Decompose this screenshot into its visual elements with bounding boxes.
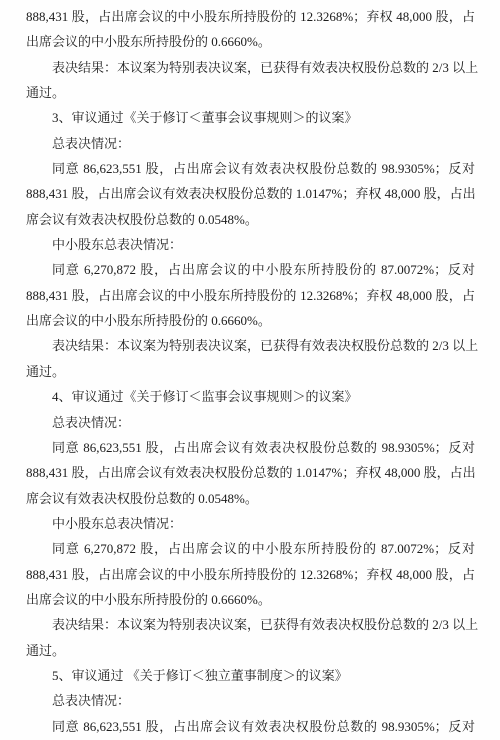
document-line: 总表决情况： <box>26 131 475 156</box>
para-item4-vote-result: 表决结果：本议案为特别表决议案，已获得有效表决权股份总数的 2/3 以上通过。 <box>26 612 475 663</box>
document-line: 出席会议的中小股东所持股份的 0.6660%。 <box>26 587 475 612</box>
document-line: 通过。 <box>26 80 475 105</box>
document-line: 总表决情况： <box>26 688 475 713</box>
document-page: 888,431 股，占出席会议的中小股东所持股份的 12.3268%；弃权 48… <box>0 0 500 740</box>
document-line: 888,431 股，占出席会议的中小股东所持股份的 12.3268%；弃权 48… <box>26 283 475 308</box>
document-line: 同意 86,623,551 股，占出席会议有效表决权股份总数的 98.9305%… <box>26 435 475 460</box>
document-line: 表决结果：本议案为特别表决议案，已获得有效表决权股份总数的 2/3 以上 <box>26 333 475 358</box>
document-line: 4、审议通过《关于修订＜监事会议事规则＞的议案》 <box>26 384 475 409</box>
document-line: 中小股东总表决情况： <box>26 232 475 257</box>
para-item4-minority-votes: 同意 6,270,872 股，占出席会议的中小股东所持股份的 87.0072%；… <box>26 536 475 612</box>
document-line: 888,431 股，占出席会议的中小股东所持股份的 12.3268%；弃权 48… <box>26 4 475 29</box>
para-item2-minority-vote-tail: 888,431 股，占出席会议的中小股东所持股份的 12.3268%；弃权 48… <box>26 4 475 55</box>
heading-item-5: 5、审议通过 《关于修订＜独立董事制度＞的议案》 <box>26 663 475 688</box>
para-item5-total-vote-label: 总表决情况： <box>26 688 475 713</box>
document-line: 出席会议的中小股东所持股份的 0.6660%。 <box>26 308 475 333</box>
document-line: 表决结果：本议案为特别表决议案，已获得有效表决权股份总数的 2/3 以上 <box>26 55 475 80</box>
document-line: 通过。 <box>26 359 475 384</box>
para-item3-minority-votes: 同意 6,270,872 股，占出席会议的中小股东所持股份的 87.0072%；… <box>26 257 475 333</box>
para-item5-total-votes-partial: 同意 86,623,551 股，占出席会议有效表决权股份总数的 98.9305%… <box>26 714 475 739</box>
heading-item-3: 3、审议通过《关于修订＜董事会议事规则＞的议案》 <box>26 105 475 130</box>
document-line: 出席会议的中小股东所持股份的 0.6660%。 <box>26 29 475 54</box>
document-line: 888,431 股，占出席会议的中小股东所持股份的 12.3268%；弃权 48… <box>26 562 475 587</box>
document-line: 总表决情况： <box>26 410 475 435</box>
para-item3-total-votes: 同意 86,623,551 股，占出席会议有效表决权股份总数的 98.9305%… <box>26 156 475 232</box>
document-line: 表决结果：本议案为特别表决议案，已获得有效表决权股份总数的 2/3 以上 <box>26 612 475 637</box>
document-line: 通过。 <box>26 638 475 663</box>
document-line: 同意 6,270,872 股，占出席会议的中小股东所持股份的 87.0072%；… <box>26 536 475 561</box>
document-line: 888,431 股，占出席会议有效表决权股份总数的 1.0147%；弃权 48,… <box>26 181 475 206</box>
document-line: 中小股东总表决情况： <box>26 511 475 536</box>
para-item4-total-votes: 同意 86,623,551 股，占出席会议有效表决权股份总数的 98.9305%… <box>26 435 475 511</box>
document-line: 888,431 股，占出席会议有效表决权股份总数的 1.0147%；弃权 48,… <box>26 460 475 485</box>
document-line: 同意 86,623,551 股，占出席会议有效表决权股份总数的 98.9305%… <box>26 714 475 739</box>
para-item2-vote-result: 表决结果：本议案为特别表决议案，已获得有效表决权股份总数的 2/3 以上通过。 <box>26 55 475 106</box>
document-line: 同意 86,623,551 股，占出席会议有效表决权股份总数的 98.9305%… <box>26 156 475 181</box>
para-item4-minority-vote-label: 中小股东总表决情况： <box>26 511 475 536</box>
document-line: 席会议有效表决权股份总数的 0.0548%。 <box>26 486 475 511</box>
document-line: 同意 6,270,872 股，占出席会议的中小股东所持股份的 87.0072%；… <box>26 257 475 282</box>
para-item3-minority-vote-label: 中小股东总表决情况： <box>26 232 475 257</box>
heading-item-4: 4、审议通过《关于修订＜监事会议事规则＞的议案》 <box>26 384 475 409</box>
para-item3-vote-result: 表决结果：本议案为特别表决议案，已获得有效表决权股份总数的 2/3 以上通过。 <box>26 333 475 384</box>
document-line: 3、审议通过《关于修订＜董事会议事规则＞的议案》 <box>26 105 475 130</box>
para-item3-total-vote-label: 总表决情况： <box>26 131 475 156</box>
document-line: 5、审议通过 《关于修订＜独立董事制度＞的议案》 <box>26 663 475 688</box>
para-item4-total-vote-label: 总表决情况： <box>26 410 475 435</box>
document-line: 席会议有效表决权股份总数的 0.0548%。 <box>26 207 475 232</box>
